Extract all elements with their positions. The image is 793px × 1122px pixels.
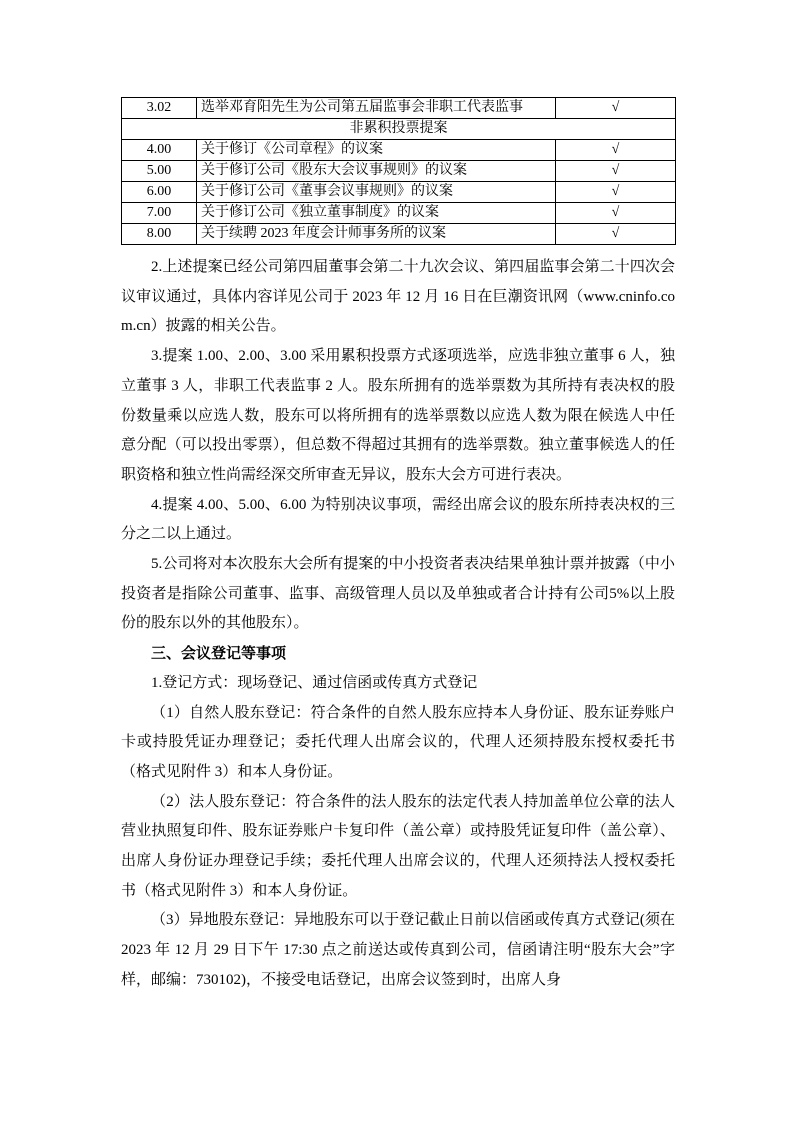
paragraph-registration-method: 1.登记方式：现场登记、通过信函或传真方式登记: [121, 669, 675, 699]
table-row: 7.00 关于修订公司《独立董事制度》的议案 √: [122, 203, 676, 224]
proposal-code-cell: 3.02: [122, 98, 197, 119]
proposal-item-cell: 关于续聘 2023 年度会计师事务所的议案: [197, 224, 556, 245]
proposal-item-cell: 关于修订公司《董事会议事规则》的议案: [197, 182, 556, 203]
table-row: 6.00 关于修订公司《董事会议事规则》的议案 √: [122, 182, 676, 203]
vote-check-cell: √: [556, 140, 676, 161]
proposals-table: 3.02 选举邓育阳先生为公司第五届监事会非职工代表监事 √ 非累积投票提案 4…: [121, 97, 676, 245]
vote-check-cell: √: [556, 98, 676, 119]
paragraph-remote-registration: （3）异地股东登记：异地股东可以于登记截止日前以信函或传真方式登记(须在 202…: [121, 906, 675, 995]
paragraph-cumulative-voting: 3.提案 1.00、2.00、3.00 采用累积投票方式逐项选举，应选非独立董事…: [121, 342, 675, 491]
table-row: 5.00 关于修订公司《股东大会议事规则》的议案 √: [122, 161, 676, 182]
proposal-code-cell: 6.00: [122, 182, 197, 203]
table-section-row: 非累积投票提案: [122, 119, 676, 140]
proposal-code-cell: 8.00: [122, 224, 197, 245]
vote-check-cell: √: [556, 161, 676, 182]
table-row: 4.00 关于修订《公司章程》的议案 √: [122, 140, 676, 161]
proposal-item-cell: 选举邓育阳先生为公司第五届监事会非职工代表监事: [197, 98, 556, 119]
table-row: 8.00 关于续聘 2023 年度会计师事务所的议案 √: [122, 224, 676, 245]
vote-check-cell: √: [556, 203, 676, 224]
proposal-item-cell: 关于修订《公司章程》的议案: [197, 140, 556, 161]
page-content: 3.02 选举邓育阳先生为公司第五届监事会非职工代表监事 √ 非累积投票提案 4…: [121, 97, 675, 996]
proposal-code-cell: 7.00: [122, 203, 197, 224]
vote-check-cell: √: [556, 182, 676, 203]
vote-check-cell: √: [556, 224, 676, 245]
document-page: 3.02 选举邓育阳先生为公司第五届监事会非职工代表监事 √ 非累积投票提案 4…: [0, 0, 793, 1122]
body-text: 2.上述提案已经公司第四届董事会第二十九次会议、第四届监事会第二十四次会议审议通…: [121, 253, 675, 996]
proposal-item-cell: 关于修订公司《股东大会议事规则》的议案: [197, 161, 556, 182]
proposal-code-cell: 5.00: [122, 161, 197, 182]
table-row: 3.02 选举邓育阳先生为公司第五届监事会非职工代表监事 √: [122, 98, 676, 119]
proposal-item-cell: 关于修订公司《独立董事制度》的议案: [197, 203, 556, 224]
section-heading-registration: 三、会议登记等事项: [121, 639, 675, 669]
paragraph-special-resolution: 4.提案 4.00、5.00、6.00 为特别决议事项，需经出席会议的股东所持表…: [121, 491, 675, 550]
paragraph-board-approval: 2.上述提案已经公司第四届董事会第二十九次会议、第四届监事会第二十四次会议审议通…: [121, 253, 675, 342]
non-cumulative-section-label: 非累积投票提案: [122, 119, 676, 140]
paragraph-legal-person-registration: （2）法人股东登记：符合条件的法人股东的法定代表人持加盖单位公章的法人营业执照复…: [121, 788, 675, 907]
paragraph-natural-person-registration: （1）自然人股东登记：符合条件的自然人股东应持本人身份证、股东证券账户卡或持股凭…: [121, 699, 675, 788]
proposal-code-cell: 4.00: [122, 140, 197, 161]
paragraph-minority-investors: 5.公司将对本次股东大会所有提案的中小投资者表决结果单独计票并披露（中小投资者是…: [121, 550, 675, 639]
